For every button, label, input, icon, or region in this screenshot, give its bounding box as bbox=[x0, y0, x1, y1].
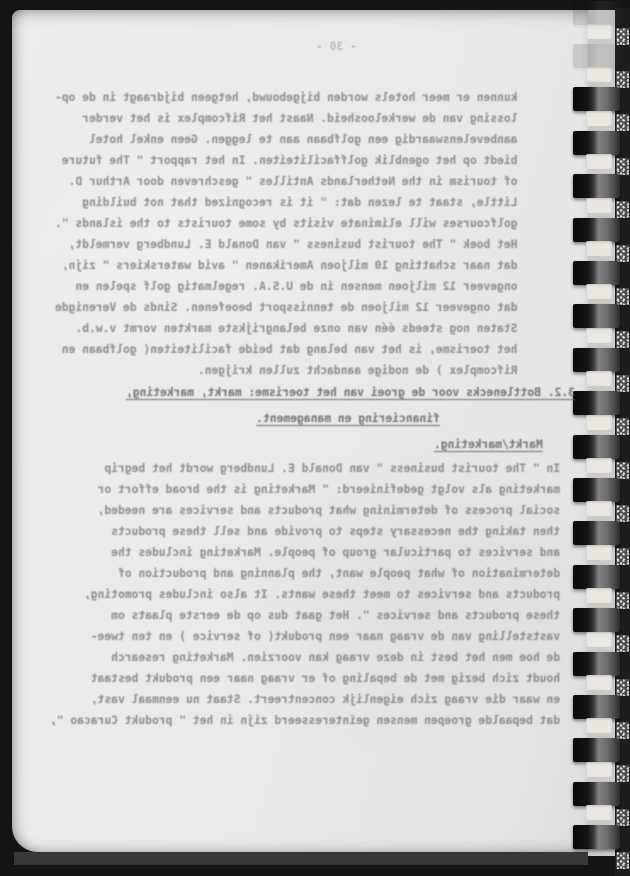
typewritten-line: dat naar schatting 10 miljoen Amerikanen… bbox=[55, 255, 518, 276]
typewritten-line: aanbevelenswaardig een golfbaan aan te l… bbox=[55, 129, 518, 150]
paragraph-1: kunnen er meer hotels worden bijgebouwd,… bbox=[55, 87, 518, 381]
typewritten-line: marketing als volgt gedefinieerd: " Mark… bbox=[50, 479, 560, 500]
typewritten-line: of tourism in the Netherlands Antilles "… bbox=[55, 171, 518, 192]
typewritten-line: determination of what people want, the p… bbox=[50, 563, 560, 584]
scanned-document-photo: - 30 - kunnen er meer hotels worden bijg… bbox=[0, 0, 630, 876]
section-heading-line: 3.2. Bottlenecks voor de groei van het t… bbox=[126, 380, 575, 406]
typewritten-line: de hoe men het best in deze vraag kan vo… bbox=[50, 647, 560, 668]
typewritten-line: lossing van de werkeloosheid. Naast het … bbox=[55, 108, 518, 129]
section-heading-line: financiering en management. bbox=[126, 406, 575, 432]
typewritten-line: dat ongeveer 12 miljoen de tennissport b… bbox=[55, 297, 518, 318]
typewritten-line: Staten nog steeds één van onze belangrij… bbox=[55, 318, 518, 339]
typewritten-line: biedt op het ogenblik golffaciliteiten. … bbox=[55, 150, 518, 171]
typewritten-line: In " The tourist business " van Donald E… bbox=[50, 458, 560, 479]
page-stack-edge bbox=[14, 852, 588, 865]
paragraph-2: In " The tourist business " van Donald E… bbox=[50, 458, 560, 731]
typewritten-line: het toerisme, is het van belang dat beid… bbox=[55, 339, 518, 360]
typewritten-line: dat bepaalde groepen mensen geïnteressee… bbox=[50, 710, 560, 731]
typewritten-line: these products and services ". Het gaat … bbox=[50, 605, 560, 626]
typewritten-line: Rifcomplex ) de nodige aandacht zullen k… bbox=[55, 360, 518, 381]
typewritten-line: houdt zich bezig met de bepaling of er v… bbox=[50, 668, 560, 689]
sub-heading: Markt/marketing. bbox=[434, 432, 543, 458]
typewritten-line: social process of determining what produ… bbox=[50, 500, 560, 521]
typewritten-line: products and services to meet these want… bbox=[50, 584, 560, 605]
typewritten-line: and services to particular group of peop… bbox=[50, 542, 560, 563]
typewritten-line: ongeveer 12 miljoen mensen in de U.S.A. … bbox=[55, 276, 518, 297]
typewritten-line: then taking the necessary steps to provi… bbox=[50, 521, 560, 542]
sub-heading-line: Markt/marketing. bbox=[434, 432, 543, 458]
back-cover-strip bbox=[615, 8, 630, 876]
page-number-text: - 30 - bbox=[316, 40, 357, 54]
typewritten-line: vaststelling van de vraag naar een produ… bbox=[50, 626, 560, 647]
typewritten-line: en waar die vraag zich eigenlijk concent… bbox=[50, 689, 560, 710]
typewritten-line: kunnen er meer hotels worden bijgebouwd,… bbox=[55, 87, 518, 108]
binding-edge-column bbox=[588, 10, 615, 856]
page-number: - 30 - bbox=[316, 40, 357, 54]
typewritten-line: golfcourses will eliminate visits by som… bbox=[55, 213, 518, 234]
typewritten-line: Little, staat te lezen dat: " it is reco… bbox=[55, 192, 518, 213]
typewritten-line: Het boek " The tourist business " van Do… bbox=[55, 234, 518, 255]
section-heading: 3.2. Bottlenecks voor de groei van het t… bbox=[126, 380, 575, 432]
